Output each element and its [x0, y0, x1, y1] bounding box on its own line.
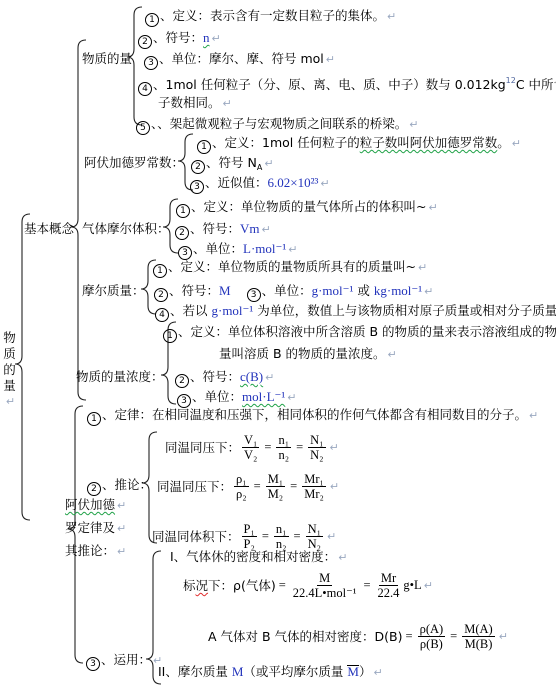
equals-sign: = — [264, 440, 271, 455]
row-mol-carbon12-wrap: 子数相同。↵ — [158, 95, 232, 111]
equals-sign: = — [406, 629, 413, 644]
text-wavy: 粒子数叫阿伏加德罗常数 — [360, 135, 498, 150]
symbol-vm: Vm — [240, 221, 260, 236]
subscript-A: A — [257, 163, 262, 172]
unit-kg-per-mol: kg·mol⁻¹ — [374, 283, 422, 298]
row-avogadro-value: 3、近似值：6.02×10²³↵ — [190, 175, 330, 194]
concept-map-canvas: 物 质 的 量 ↵ 基本概念 1、定义：表示含有一定数目粒子的集体。↵ 2、符号… — [0, 0, 556, 686]
row-molarmass-definition: 1、定义：单位物质的量物质所具有的质量叫~↵ — [153, 259, 427, 278]
return-mark: ↵ — [287, 391, 296, 404]
text: 、若以 — [170, 303, 211, 318]
circled-number: 5 — [136, 121, 150, 135]
root-label-vertical: 物 质 的 量 ↵ — [2, 330, 17, 410]
text: 、单位： — [262, 283, 312, 298]
text: II、摩尔质量 — [158, 664, 232, 679]
circled-number: 2 — [154, 288, 168, 302]
text: 、1mol 任何粒子（分、原、离、电、质、中子）数与 0.012kg — [153, 77, 506, 92]
brace-root — [15, 214, 30, 520]
circled-number: 3 — [247, 288, 261, 302]
return-mark: ↵ — [424, 285, 433, 298]
text: I、气体休的密度和相对密度： — [170, 549, 336, 564]
return-mark: ↵ — [212, 32, 221, 45]
text: （或平均摩尔质量 — [243, 664, 347, 679]
label-gas-molar-volume: 气体摩尔体积： — [82, 221, 170, 236]
circled-number: 2 — [138, 35, 152, 49]
text: 、符号 N — [206, 155, 257, 170]
return-mark: ↵ — [262, 223, 271, 236]
row-mol-symbol: 2、符号：n↵ — [138, 30, 221, 49]
fraction: Mr₁Mr₂ — [302, 472, 326, 501]
fraction: n₁n₂ — [274, 522, 289, 551]
circled-number: 1 — [163, 329, 177, 343]
unit-g-per-mol: g·mol⁻¹ — [211, 303, 253, 318]
text: 、符号： — [153, 30, 203, 45]
equation-label: A 气体对 B 气体的相对密度：D(B) — [208, 627, 403, 645]
row-gasvol-definition: 1、定义：单位物质的量气体所占的体积叫~↵ — [176, 199, 438, 218]
text: 为单位，数值上与该物质相对原子质量或相对分子质量相等。 — [253, 303, 556, 318]
fraction: N₁N₂ — [308, 433, 325, 462]
equals-sign: = — [290, 479, 297, 494]
equals-sign: = — [254, 479, 261, 494]
return-mark: ↵ — [388, 348, 397, 361]
circled-number: 3 — [86, 657, 100, 671]
value-avogadro-number: 6.02×10²³ — [268, 175, 319, 190]
text: 、定义：单位体积溶液中所含溶质 B 的物质的量来表示溶液组成的物理 — [178, 324, 556, 339]
text: 、近似值： — [205, 175, 268, 190]
return-mark: ↵ — [499, 630, 508, 643]
text: 、定义：单位物质的量气体所占的体积叫~ — [191, 199, 426, 214]
row-mol-carbon12: 4、1mol 任何粒子（分、原、离、电、质、中子）数与 0.012kg12C 中… — [138, 73, 556, 96]
circled-number: 1 — [87, 412, 101, 426]
row-avogadro-definition: 1、定义：1mol 任何粒子的粒子数叫阿伏加德罗常数。↵ — [197, 135, 521, 154]
return-mark: ↵ — [387, 10, 396, 23]
circled-number: 4 — [138, 82, 152, 96]
row-mol-definition: 1、定义：表示含有一定数目粒子的集体。↵ — [145, 8, 396, 27]
row-application-1: I、气体休的密度和相对密度：↵ — [170, 549, 347, 565]
root-char: 物 — [2, 330, 17, 346]
equation-label: 同温同体积下： — [152, 527, 240, 545]
row-law-statement: 1、定律：在相同温度和压强下，相同体积的作何气体都含有相同数目的分子。↵ — [87, 407, 538, 426]
equals-sign: = — [450, 629, 457, 644]
unit-mol-per-l: mol·L⁻¹ — [242, 389, 285, 404]
label-basic-concepts: 基本概念 — [24, 221, 74, 236]
circled-number: 3 — [190, 180, 204, 194]
equation-label: 标 — [183, 576, 196, 594]
return-mark: ↵ — [117, 545, 126, 558]
fraction: P₁P₂ — [242, 522, 257, 551]
equation-label: 下：ρ(气体) — [208, 576, 276, 594]
symbol-cB: c(B) — [240, 369, 263, 384]
circled-number: 3 — [178, 246, 192, 260]
return-mark: ↵ — [288, 243, 297, 256]
equation-label: 同温同压下： — [157, 477, 232, 495]
return-mark: ↵ — [428, 201, 437, 214]
equals-sign: = — [296, 440, 303, 455]
text: 、符号： — [190, 221, 240, 236]
return-mark: ↵ — [327, 530, 336, 543]
row-conc-definition: 1、定义：单位体积溶液中所含溶质 B 的物质的量来表示溶液组成的物理 — [163, 324, 556, 343]
fraction: N₁N₂ — [306, 522, 323, 551]
symbol-M-average: M — [347, 665, 359, 678]
return-mark: ↵ — [320, 177, 329, 190]
fraction: Mr22.4 — [376, 571, 402, 600]
row-avogadro-symbol: 2、符号 NA↵ — [191, 155, 274, 175]
equals-sign: = — [279, 578, 286, 593]
text: 、单位： — [192, 389, 242, 404]
root-char: 质 — [2, 346, 17, 362]
unit-l-per-mol: L·mol⁻¹ — [243, 241, 286, 256]
text: 、单位：摩尔、摩、符号 mol — [159, 51, 324, 66]
text: C 中所含碳原 — [516, 77, 556, 92]
circled-number: 2 — [87, 482, 101, 496]
text: 、定义：1mol 任何粒子的 — [212, 135, 360, 150]
label-avogadro-law-line2: 罗定律及↵ — [65, 520, 126, 536]
text: ） — [359, 664, 372, 679]
fraction: n₁n₂ — [276, 433, 291, 462]
equation-relative-density: A 气体对 B 气体的相对密度：D(B) = ρ(A)ρ(B) = M(A)M(… — [208, 617, 508, 655]
row-inference-label: 2、推论： — [87, 477, 152, 496]
brace-basic-concepts — [71, 40, 86, 400]
fraction: ρ(A)ρ(B) — [418, 622, 446, 651]
return-mark: ↵ — [223, 97, 232, 110]
fraction: M22.4L•mol⁻¹ — [291, 571, 359, 600]
row-conc-symbol: 2、符号：c(B)↵ — [175, 369, 274, 388]
text: 、推论： — [102, 477, 152, 492]
return-mark: ↵ — [264, 157, 273, 170]
return-mark: ↵ — [409, 118, 418, 131]
row-gasvol-symbol: 2、符号：Vm↵ — [175, 221, 271, 240]
label-avogadro-law-line1: 阿伏加德↵ — [65, 497, 126, 513]
equals-sign: = — [294, 529, 301, 544]
unit-g-per-mol: g·mol⁻¹ — [312, 283, 354, 298]
return-mark: ↵ — [330, 441, 339, 454]
circled-number: 4 — [155, 308, 169, 322]
superscript-12: 12 — [506, 76, 516, 85]
return-mark: ↵ — [4, 394, 17, 410]
circled-number: 3 — [177, 394, 191, 408]
circled-number: 1 — [197, 140, 211, 154]
text: 、定义：单位物质的量物质所具有的质量叫~ — [168, 259, 416, 274]
return-mark: ↵ — [265, 371, 274, 384]
return-mark: ↵ — [512, 137, 521, 150]
text: 子数相同。 — [158, 95, 221, 110]
return-mark: ↵ — [418, 261, 427, 274]
row-application-2: II、摩尔质量 M（或平均摩尔质量 M）↵ — [158, 664, 383, 680]
return-mark: ↵ — [330, 480, 339, 493]
fraction: M₁M₂ — [266, 472, 285, 501]
row-conc-unit: 3、单位：mol·L⁻¹↵ — [177, 389, 297, 408]
row-conc-definition-wrap: 量叫溶质 B 的物质的量浓度。↵ — [219, 346, 397, 362]
text: 、运用： — [101, 652, 151, 667]
text: 、定律：在相同温度和压强下，相同体积的作何气体都含有相同数目的分子。 — [102, 407, 527, 422]
root-char: 的 — [2, 362, 17, 378]
equation-same-temp-pressure-v: 同温同压下： V₁V₂ = n₁n₂ = N₁N₂ ↵ — [165, 430, 339, 464]
circled-number: 1 — [176, 204, 190, 218]
return-mark: ↵ — [338, 551, 347, 564]
row-mol-unit: 3、单位：摩尔、摩、符号 mol↵ — [144, 51, 335, 70]
circled-number: 2 — [191, 160, 205, 174]
circled-number: 1 — [145, 13, 159, 27]
text: 。 — [497, 135, 510, 150]
equation-std-density: 标况下：ρ(气体) = M22.4L•mol⁻¹ = Mr22.4 g•L ↵ — [183, 566, 433, 604]
equals-sign: = — [363, 578, 370, 593]
label-mol: 物质的量 — [82, 51, 132, 66]
symbol-M: M — [219, 283, 231, 298]
text: 、单位： — [193, 241, 243, 256]
fraction: V₁V₂ — [242, 433, 259, 462]
text: 、符号： — [190, 369, 240, 384]
equation-same-temp-pressure-rho: 同温同压下： ρ₁ρ₂ = M₁M₂ = Mr₁Mr₂ ↵ — [157, 466, 339, 506]
return-mark: ↵ — [373, 666, 382, 679]
row-molarmass-note: 4、若以 g·mol⁻¹ 为单位，数值上与该物质相对原子质量或相对分子质量相等。… — [155, 303, 556, 322]
circled-number: 1 — [153, 264, 167, 278]
row-molarmass-symbol-unit: 2、符号：M3、单位：g·mol⁻¹ 或 kg·mol⁻¹↵ — [154, 283, 433, 302]
return-mark: ↵ — [326, 53, 335, 66]
text: 、、架起微观粒子与宏观物质之间联系的桥梁。 — [151, 116, 407, 131]
equation-label: 同温同压下： — [165, 438, 240, 456]
equals-sign: = — [262, 529, 269, 544]
return-mark: ↵ — [424, 579, 433, 592]
circled-number: 2 — [175, 226, 189, 240]
row-gasvol-unit: 3、单位：L·mol⁻¹↵ — [178, 241, 298, 260]
row-mol-bridge: 5、、架起微观粒子与宏观物质之间联系的桥梁。↵ — [136, 116, 418, 135]
fraction: M(A)M(B) — [462, 622, 494, 651]
unit-g-per-liter: g•L — [403, 578, 421, 593]
symbol-M: M — [232, 664, 244, 679]
text: 或 — [353, 283, 373, 298]
circled-number: 3 — [144, 56, 158, 70]
label-avogadro-const: 阿伏加德罗常数： — [84, 155, 184, 170]
circled-number: 2 — [175, 374, 189, 388]
root-char: 量 — [2, 378, 17, 394]
symbol-n: n — [203, 30, 210, 45]
text: 、定义：表示含有一定数目粒子的集体。 — [160, 8, 385, 23]
label-avogadro-law-line3: 其推论：↵ — [65, 543, 126, 559]
text: 量叫溶质 B 的物质的量浓度。 — [219, 346, 386, 361]
text-wavy-red: 况 — [196, 576, 209, 594]
return-mark: ↵ — [117, 522, 126, 535]
text: 、符号： — [169, 283, 219, 298]
return-mark: ↵ — [529, 409, 538, 422]
brace-mol — [127, 7, 142, 125]
label-molar-mass: 摩尔质量： — [82, 283, 145, 298]
row-application-label: 3、运用：↵ — [86, 652, 162, 671]
return-mark: ↵ — [117, 499, 126, 512]
fraction: ρ₁ρ₂ — [234, 472, 249, 501]
label-concentration: 物质的量浓度： — [76, 369, 164, 384]
